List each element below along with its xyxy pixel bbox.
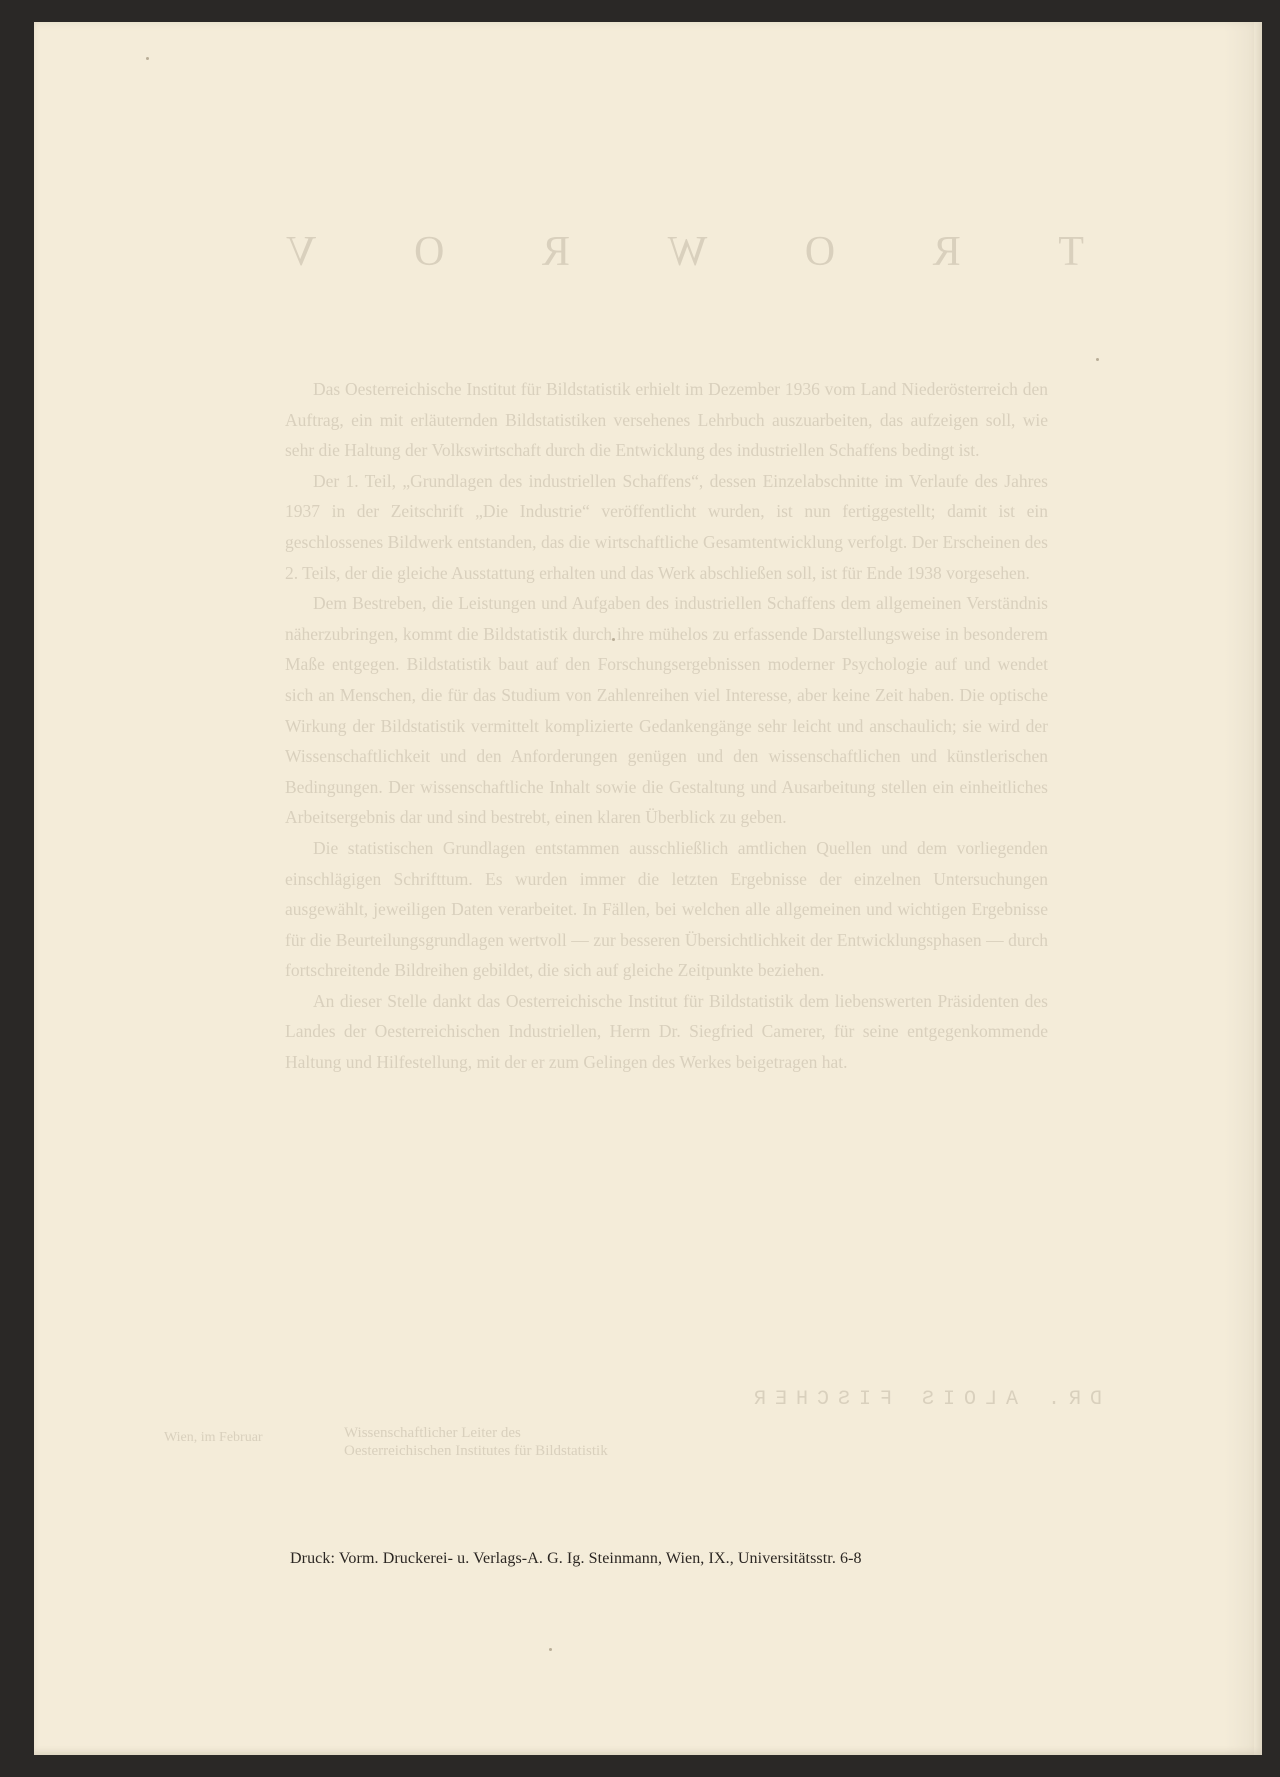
paper-speck <box>1096 358 1099 361</box>
paragraph: Der 1. Teil, „Grundlagen des industriell… <box>285 466 1048 588</box>
heading-letter: O <box>412 228 444 276</box>
paragraph: Das Oesterreichische Institut für Bildst… <box>285 374 1048 466</box>
signature-title-line: Oesterreichischen Institutes für Bildsta… <box>344 1442 664 1460</box>
paper-page: T R O W R O V Das Oesterreichische Insti… <box>34 22 1262 1755</box>
body-showthrough: Das Oesterreichische Institut für Bildst… <box>285 374 1048 1078</box>
heading-showthrough: T R O W R O V <box>284 228 1084 276</box>
paragraph: Die statistischen Grundlagen entstammen … <box>285 833 1048 986</box>
heading-letter: W <box>666 228 708 276</box>
paragraph: An dieser Stelle dankt das Oesterreichis… <box>285 986 1048 1078</box>
paper-speck <box>146 57 149 60</box>
heading-letter: T <box>1056 228 1084 276</box>
paragraph: Dem Bestreben, die Leistungen und Aufgab… <box>285 588 1048 833</box>
signature-showthrough: DR. ALOIS FISCHER <box>662 1388 1102 1411</box>
heading-letter: V <box>284 228 316 276</box>
signature-title: Wissenschaftlicher Leiter des Oesterreic… <box>344 1424 664 1460</box>
signature-place: Wien, im Februar <box>164 1430 263 1446</box>
paper-speck <box>612 638 615 641</box>
signature-title-line: Wissenschaftlicher Leiter des <box>344 1424 664 1442</box>
paper-speck <box>549 1648 552 1651</box>
heading-letter: R <box>931 228 961 276</box>
printer-imprint: Druck: Vorm. Druckerei- u. Verlags-A. G.… <box>290 1550 862 1568</box>
heading-letter: R <box>540 228 570 276</box>
heading-letter: O <box>803 228 835 276</box>
